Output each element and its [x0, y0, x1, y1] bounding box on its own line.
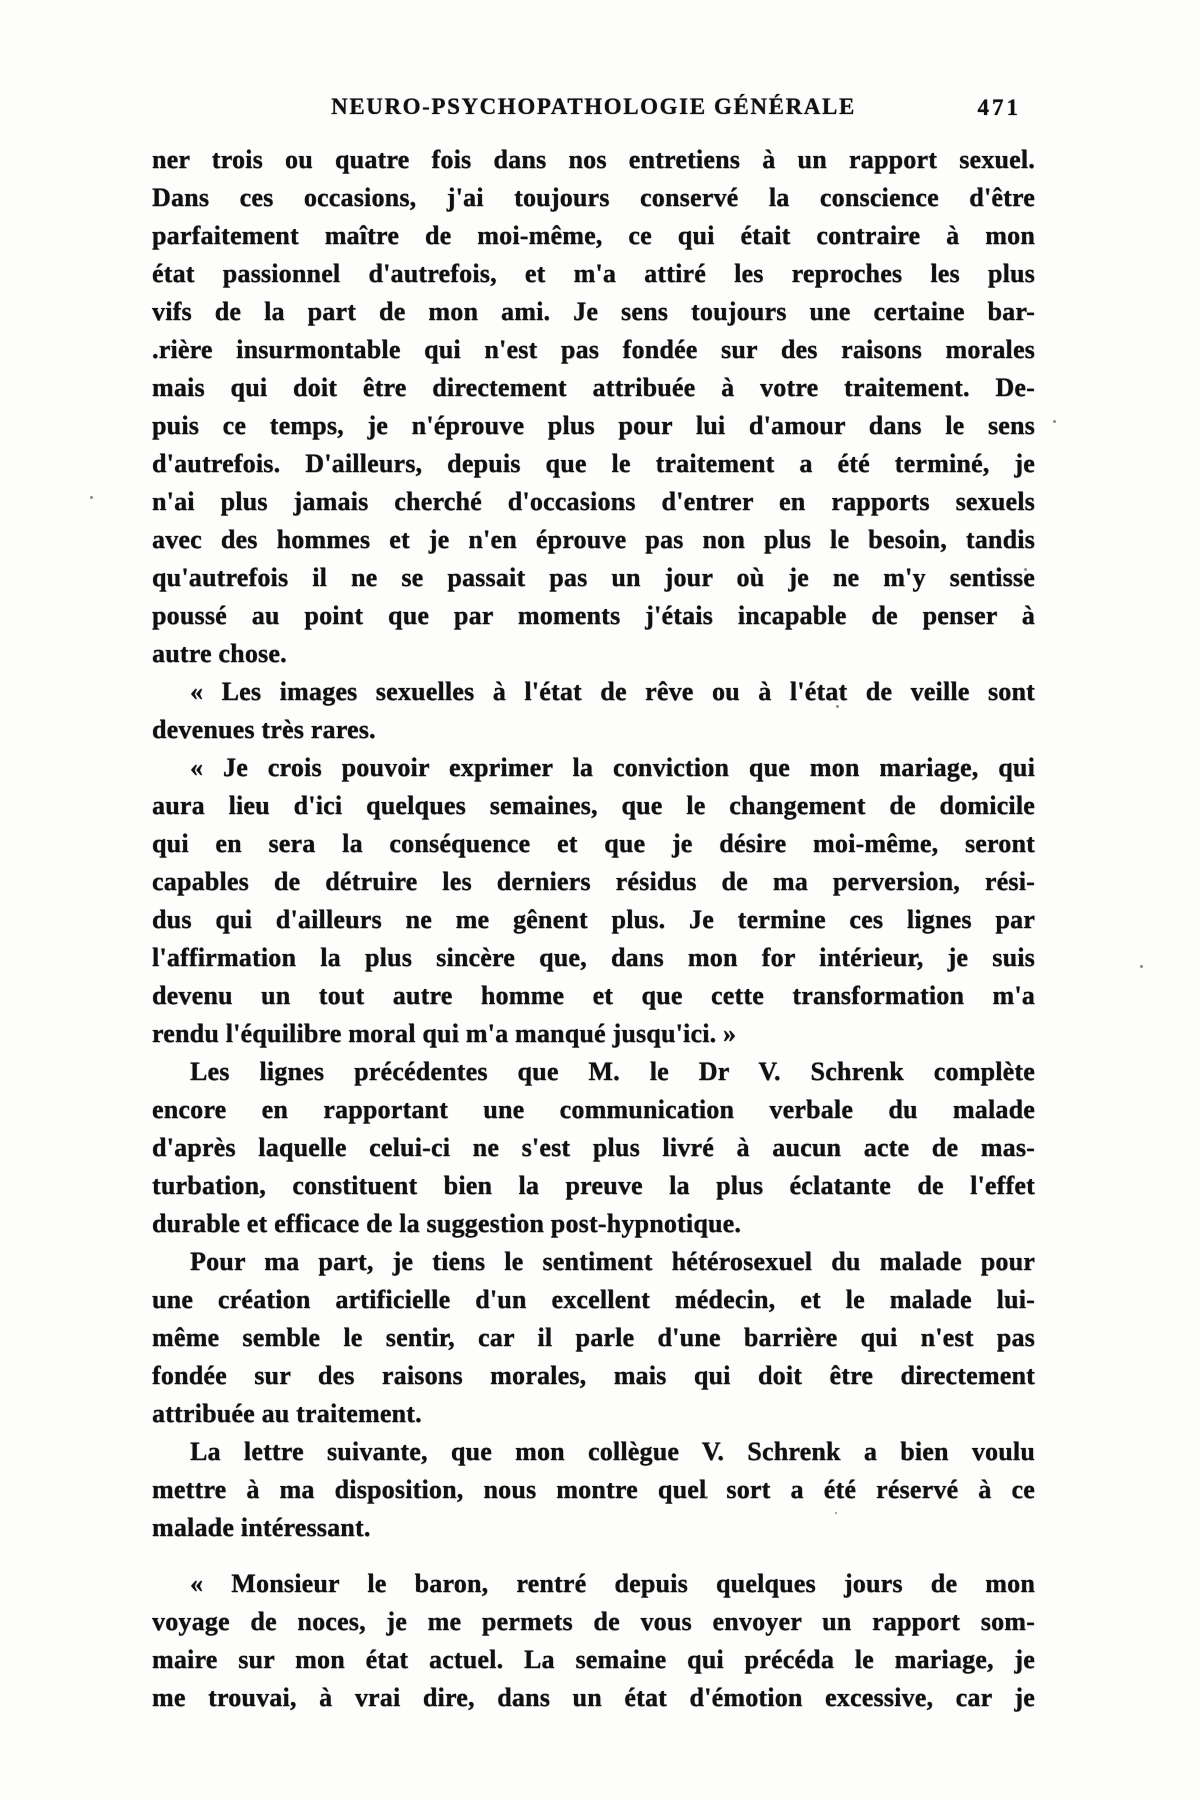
text-line: qu'autrefois il ne se passait pas un jou… [152, 559, 1035, 597]
text-line: ner trois ou quatre fois dans nos entret… [152, 141, 1035, 179]
text-line: encore en rapportant une communication v… [152, 1091, 1035, 1129]
scan-speck [836, 705, 839, 708]
text-line: « Les images sexuelles à l'état de rêve … [152, 673, 1035, 711]
running-title: NEURO-PSYCHOPATHOLOGIE GÉNÉRALE [152, 94, 1035, 120]
text-line: mettre à ma disposition, nous montre que… [152, 1471, 1035, 1509]
scan-speck [90, 496, 93, 499]
text-line: La lettre suivante, que mon collègue V. … [152, 1433, 1035, 1471]
text-line: attribuée au traitement. [152, 1395, 1035, 1433]
text-line: qui en sera la conséquence et que je dés… [152, 825, 1035, 863]
text-line: autre chose. [152, 635, 1035, 673]
text-line: poussé au point que par moments j'étais … [152, 597, 1035, 635]
scan-speck [1140, 965, 1143, 968]
text-line: même semble le sentir, car il parle d'un… [152, 1319, 1035, 1357]
text-line: devenues très rares. [152, 711, 1035, 749]
text-line: une création artificielle d'un excellent… [152, 1281, 1035, 1319]
text-line: turbation, constituent bien la preuve la… [152, 1167, 1035, 1205]
text-line: durable et efficace de la suggestion pos… [152, 1205, 1035, 1243]
text-line: rendu l'équilibre moral qui m'a manqué j… [152, 1015, 1035, 1053]
scan-speck [705, 1496, 708, 1499]
body-text: ner trois ou quatre fois dans nos entret… [152, 141, 1035, 1717]
text-line: état passionnel d'autrefois, et m'a atti… [152, 255, 1035, 293]
text-line: Les lignes précédentes que M. le Dr V. S… [152, 1053, 1035, 1091]
text-line: maire sur mon état actuel. La semaine qu… [152, 1641, 1035, 1679]
paragraph: ner trois ou quatre fois dans nos entret… [152, 141, 1035, 673]
page-number: 471 [978, 95, 1022, 121]
text-line: devenu un tout autre homme et que cette … [152, 977, 1035, 1015]
text-line: avec des hommes et je n'en éprouve pas n… [152, 521, 1035, 559]
text-line: aura lieu d'ici quelques semaines, que l… [152, 787, 1035, 825]
text-line: voyage de noces, je me permets de vous e… [152, 1603, 1035, 1641]
text-line: fondée sur des raisons morales, mais qui… [152, 1357, 1035, 1395]
text-line: d'autrefois. D'ailleurs, depuis que le t… [152, 445, 1035, 483]
text-line: puis ce temps, je n'éprouve plus pour lu… [152, 407, 1035, 445]
text-line: « Je crois pouvoir exprimer la convictio… [152, 749, 1035, 787]
page-header: NEURO-PSYCHOPATHOLOGIE GÉNÉRALE 471 [152, 94, 1035, 132]
paragraph: La lettre suivante, que mon collègue V. … [152, 1433, 1035, 1547]
text-line: « Monsieur le baron, rentré depuis quelq… [152, 1565, 1035, 1603]
scan-speck [1053, 420, 1056, 423]
text-line: .rière insurmontable qui n'est pas fondé… [152, 331, 1035, 369]
paragraph: Les lignes précédentes que M. le Dr V. S… [152, 1053, 1035, 1243]
text-line: dus qui d'ailleurs ne me gênent plus. Je… [152, 901, 1035, 939]
text-line: capables de détruire les derniers résidu… [152, 863, 1035, 901]
text-line: Pour ma part, je tiens le sentiment hété… [152, 1243, 1035, 1281]
text-line: me trouvai, à vrai dire, dans un état d'… [152, 1679, 1035, 1717]
text-line: malade intéressant. [152, 1509, 1035, 1547]
paragraph: « Les images sexuelles à l'état de rêve … [152, 673, 1035, 749]
scan-speck [835, 1512, 837, 1514]
text-line: d'après laquelle celui-ci ne s'est plus … [152, 1129, 1035, 1167]
paragraph: « Je crois pouvoir exprimer la convictio… [152, 749, 1035, 1053]
text-line: n'ai plus jamais cherché d'occasions d'e… [152, 483, 1035, 521]
text-line: vifs de la part de mon ami. Je sens touj… [152, 293, 1035, 331]
text-line: Dans ces occasions, j'ai toujours conser… [152, 179, 1035, 217]
scan-speck [1024, 568, 1027, 571]
paragraph: « Monsieur le baron, rentré depuis quelq… [152, 1565, 1035, 1717]
book-page: NEURO-PSYCHOPATHOLOGIE GÉNÉRALE 471 ner … [0, 0, 1200, 1800]
text-line: parfaitement maître de moi-même, ce qui … [152, 217, 1035, 255]
text-line: mais qui doit être directement attribuée… [152, 369, 1035, 407]
paragraph: Pour ma part, je tiens le sentiment hété… [152, 1243, 1035, 1433]
text-line: l'affirmation la plus sincère que, dans … [152, 939, 1035, 977]
